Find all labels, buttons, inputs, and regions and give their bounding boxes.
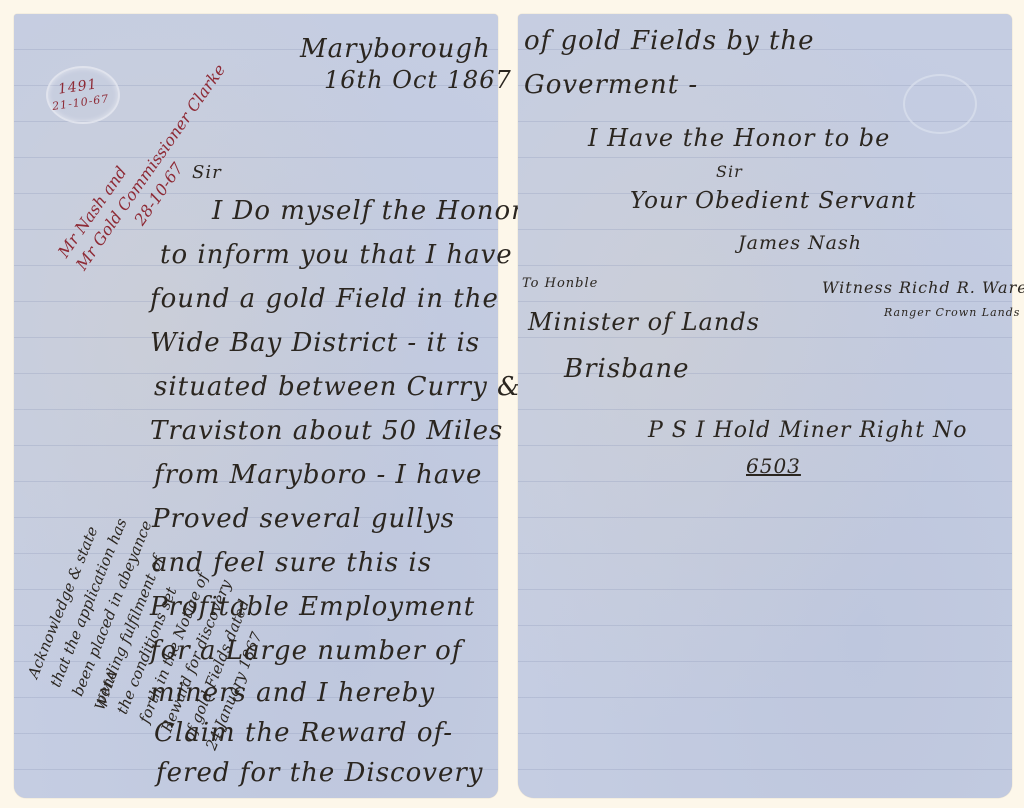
signature: James Nash: [738, 232, 862, 254]
letter-place: Maryborough: [300, 34, 491, 64]
letter-date: 16th Oct 1867: [324, 66, 512, 94]
body-line: from Maryboro - I have: [154, 460, 482, 490]
body-line: fered for the Discovery: [156, 758, 483, 788]
body-line: situated between Curry &: [154, 372, 521, 402]
body-line: Proved several gullys: [152, 504, 455, 534]
addressee-title: Minister of Lands: [528, 308, 760, 336]
closing-line: Your Obedient Servant: [630, 188, 917, 214]
letter-page-right: of gold Fields by the Goverment - I Have…: [518, 14, 1012, 798]
closing-line: I Have the Honor to be: [588, 124, 890, 152]
body-line: Goverment -: [524, 70, 698, 100]
body-line: to inform you that I have: [160, 240, 513, 270]
addressee-prefix: To Honble: [522, 276, 598, 291]
witness-label: Witness Richd R. Ware: [822, 278, 1024, 297]
addressee-city: Brisbane: [564, 354, 689, 384]
closing-sir: Sir: [716, 162, 743, 181]
body-line: Traviston about 50 Miles: [150, 416, 503, 446]
body-line: found a gold Field in the: [150, 284, 499, 314]
body-line: of gold Fields by the: [524, 26, 815, 56]
body-line: I Do myself the Honor: [212, 196, 525, 226]
salutation: Sir: [192, 162, 222, 183]
marginal-minute-note: Acknowledge & state that the application…: [24, 500, 295, 755]
miner-right-number: 6503: [746, 454, 801, 478]
letter-page-left: 1491 21-10-67 Maryborough 16th Oct 1867 …: [14, 14, 498, 798]
postscript-text: P S I Hold Miner Right No: [648, 418, 968, 443]
embossed-seal-stamp: [903, 74, 977, 134]
witness-role: Ranger Crown Lands: [884, 306, 1020, 319]
body-line: Wide Bay District - it is: [150, 328, 480, 358]
